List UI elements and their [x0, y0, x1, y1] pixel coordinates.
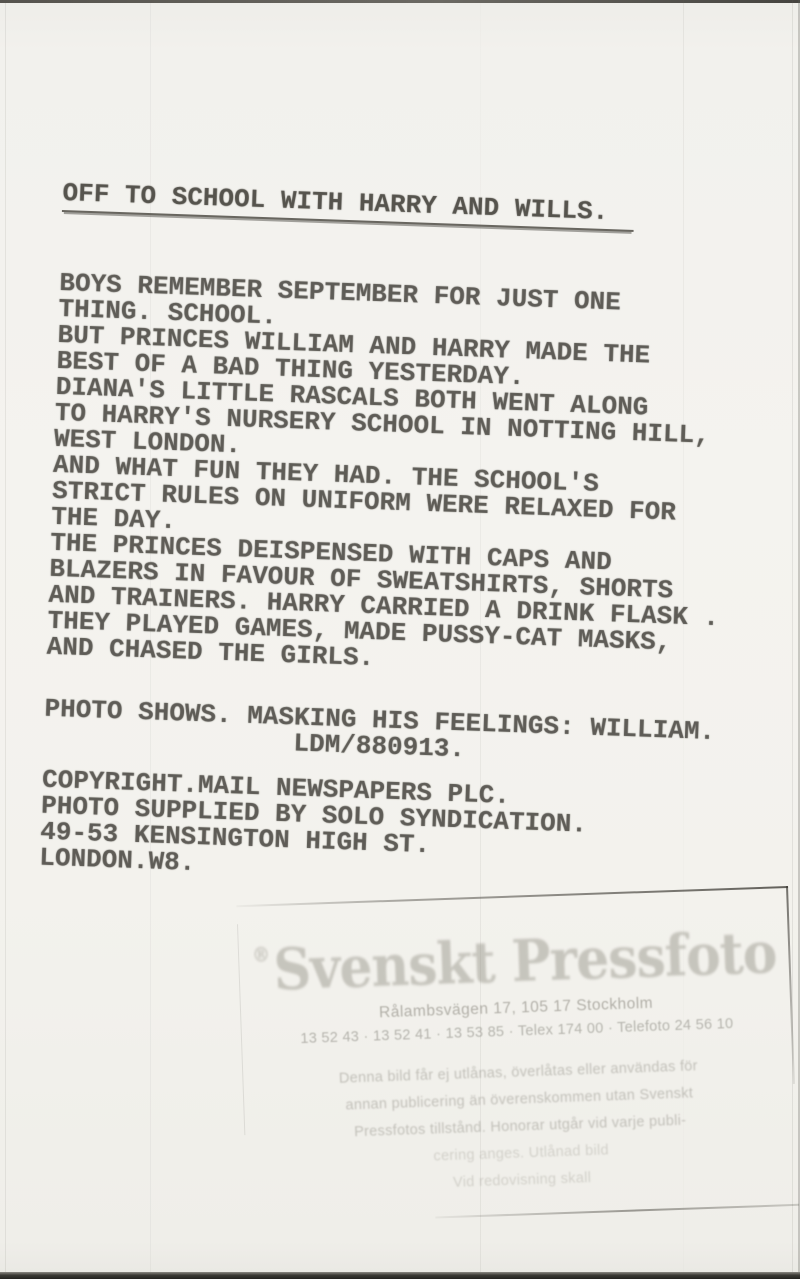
photo-left-edge — [5, 0, 6, 1279]
registered-trademark-symbol: ® — [252, 943, 271, 967]
typewritten-text-block: OFF TO SCHOOL WITH HARRY AND WILLS. BOYS… — [39, 180, 783, 896]
caption-block: PHOTO SHOWS. MASKING HIS FEELINGS: WILLI… — [43, 696, 764, 773]
page-title: OFF TO SCHOOL WITH HARRY AND WILLS. — [62, 180, 635, 232]
credit-block: COPYRIGHT.MAIL NEWSPAPERS PLC. PHOTO SUP… — [39, 767, 762, 896]
stamp-border-bottom — [435, 1204, 799, 1219]
photo-top-edge — [0, 0, 800, 3]
agency-stamp: ®Svenskt Pressfoto Rålambsvägen 17, 105 … — [236, 886, 799, 1225]
stamp-agency-name: ®Svenskt Pressfoto — [237, 906, 791, 1002]
photo-bottom-edge — [0, 1272, 800, 1279]
headline-row: OFF TO SCHOOL WITH HARRY AND WILLS. — [62, 180, 783, 237]
stamp-legal-text: Denna bild får ej utlånas, överlåtas ell… — [242, 1050, 798, 1204]
photo-back-scan: OFF TO SCHOOL WITH HARRY AND WILLS. BOYS… — [0, 0, 800, 1279]
stamp-border-top — [236, 886, 788, 907]
agency-name-text: Svenskt Pressfoto — [272, 919, 777, 1004]
body-paragraphs: BOYS REMEMBER SEPTEMBER FOR JUST ONE THI… — [46, 270, 779, 685]
